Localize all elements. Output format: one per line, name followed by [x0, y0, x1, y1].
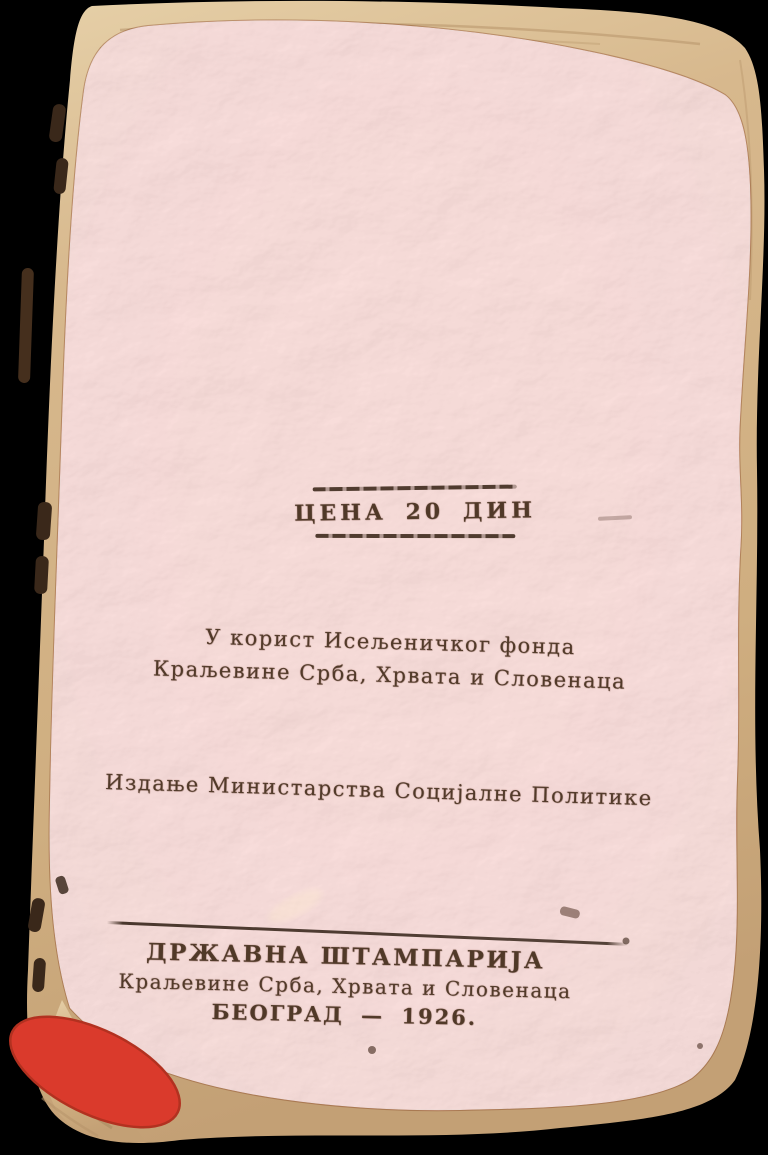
speck: [697, 1043, 703, 1049]
speck: [368, 1046, 376, 1054]
staple: [34, 556, 49, 595]
spine-mark: [18, 268, 34, 383]
staple: [36, 502, 53, 541]
book-cover-scan: ЦЕНА 20 ДИН У корист Исељеничког фонда К…: [0, 0, 768, 1155]
staple: [48, 103, 66, 142]
staple: [32, 958, 46, 993]
price-stamp: ЦЕНА 20 ДИН: [265, 484, 566, 540]
price-text: ЦЕНА 20 ДИН: [265, 488, 566, 536]
imprint-block: ДРЖАВНА ШТАМПАРИЈА Краљевине Срба, Хрват…: [74, 936, 616, 1035]
price-rule-bottom: [315, 534, 515, 538]
